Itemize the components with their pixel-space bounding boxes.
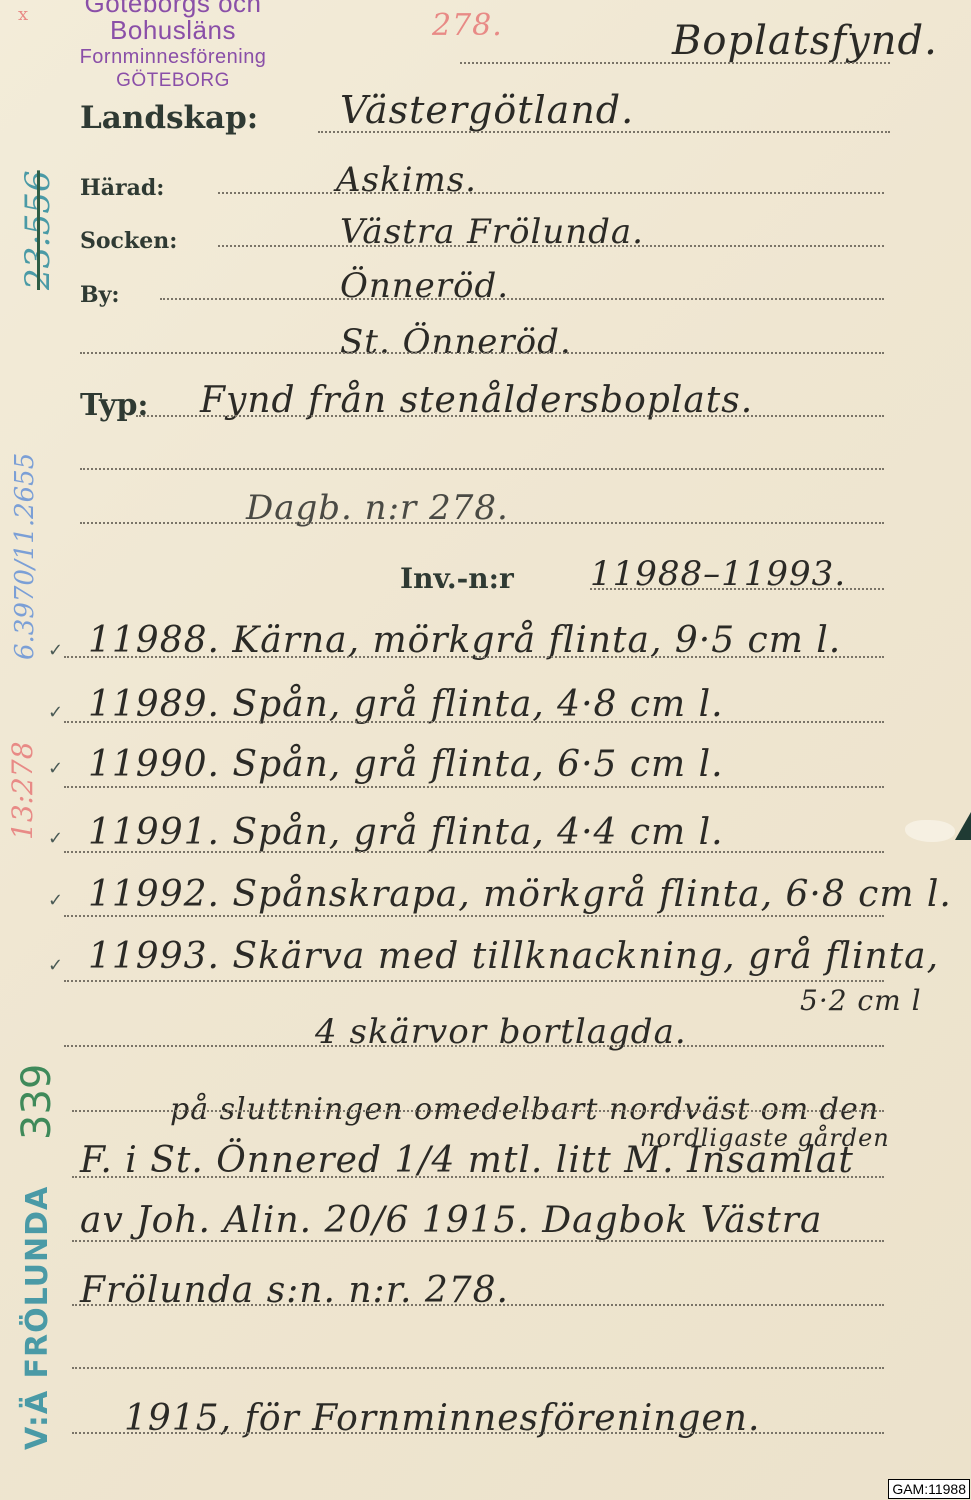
rule-line <box>218 245 884 247</box>
paper-tear <box>905 820 955 842</box>
crossed-number-text: 23:556 <box>18 170 58 290</box>
blue-note-text: 6.3970/11.2655 <box>10 453 40 660</box>
rule-line <box>80 352 884 354</box>
rule-line <box>80 522 884 524</box>
find-line-2: av Joh. Alin. 20/6 1915. Dagbok Västra <box>80 1200 822 1241</box>
rule-line <box>590 588 884 590</box>
rule-line <box>218 192 884 194</box>
stamp-line-3: Fornminnesförening <box>48 44 298 70</box>
dark-tab-mark <box>955 812 971 840</box>
typ-label: Typ: <box>80 388 149 423</box>
museum-stamp: Göteborgs och Bohusläns Fornminnesföreni… <box>48 0 298 92</box>
rule-line <box>72 1304 884 1306</box>
red-note-text: 13:278 <box>6 741 39 840</box>
harad-label: Härad: <box>80 175 164 201</box>
item-11989: 11989. Spån, grå flinta, 4·8 cm l. <box>88 684 724 725</box>
rule-line <box>64 721 884 723</box>
find-line-1: F. i St. Önnered 1/4 mtl. litt M. Insaml… <box>80 1140 854 1181</box>
stamp-line-1: Göteborgs och <box>48 0 298 16</box>
stamp-line-4: GÖTEBORG <box>48 70 298 92</box>
checkmark-icon: ✓ <box>48 955 63 976</box>
rule-line <box>160 298 884 300</box>
rule-line <box>64 786 884 788</box>
rule-line <box>64 851 884 853</box>
margin-green-number: 339 <box>14 1064 60 1140</box>
checkmark-icon: ✓ <box>48 828 63 849</box>
item-11991: 11991. Spån, grå flinta, 4·4 cm l. <box>88 812 724 853</box>
item-11993: 11993. Skärva med tillknackning, grå fli… <box>88 936 939 977</box>
rule-line <box>64 980 884 982</box>
rule-line <box>72 1432 884 1434</box>
socken-label: Socken: <box>80 228 177 254</box>
item-11990: 11990. Spån, grå flinta, 6·5 cm l. <box>88 744 724 785</box>
margin-crossed-number: 23:556 <box>18 170 58 290</box>
item-11992: 11992. Spånskrapa, mörkgrå flinta, 6·8 c… <box>88 874 952 915</box>
catalog-card: Göteborgs och Bohusläns Fornminnesföreni… <box>0 0 971 1500</box>
rule-line <box>136 415 884 417</box>
rule-line <box>460 62 890 64</box>
rule-line <box>64 915 884 917</box>
rule-line <box>72 1240 884 1242</box>
checkmark-icon: ✓ <box>48 702 63 723</box>
by-label: By: <box>80 282 120 308</box>
margin-red-note: 13:278 <box>6 741 39 840</box>
category-title: Boplatsfynd. <box>672 18 938 64</box>
checkmark-icon: ✓ <box>48 890 63 911</box>
by-value-2: St. Önneröd. <box>340 322 572 362</box>
harad-value: Askims. <box>336 160 477 200</box>
margin-x-mark: x <box>18 4 29 25</box>
rule-line <box>72 1176 884 1178</box>
inv-label: Inv.-n:r <box>400 562 514 595</box>
margin-blue-note: 6.3970/11.2655 <box>10 453 40 660</box>
red-record-number: 278. <box>432 8 503 43</box>
rule-line <box>80 468 884 470</box>
location-stamp-text: V:Ä FRÖLUNDA <box>20 1186 55 1450</box>
rule-line <box>72 1110 884 1112</box>
catalog-id-label: GAM:11988 <box>888 1479 970 1499</box>
landskap-value: Västergötland. <box>340 88 634 132</box>
landskap-label: Landskap: <box>80 100 258 136</box>
rule-line <box>318 131 890 133</box>
checkmark-icon: ✓ <box>48 640 63 661</box>
stamp-line-2: Bohusläns <box>48 16 298 44</box>
item-11988: 11988. Kärna, mörkgrå flinta, 9·5 cm l. <box>88 620 841 661</box>
by-value: Önneröd. <box>340 266 509 306</box>
green-number-text: 339 <box>14 1064 60 1140</box>
item-11993-size: 5·2 cm l <box>800 984 922 1017</box>
rule-line <box>72 1367 884 1369</box>
checkmark-icon: ✓ <box>48 758 63 779</box>
margin-location-stamp: V:Ä FRÖLUNDA <box>20 1186 55 1450</box>
rule-line <box>64 1045 884 1047</box>
rule-line <box>64 656 884 658</box>
